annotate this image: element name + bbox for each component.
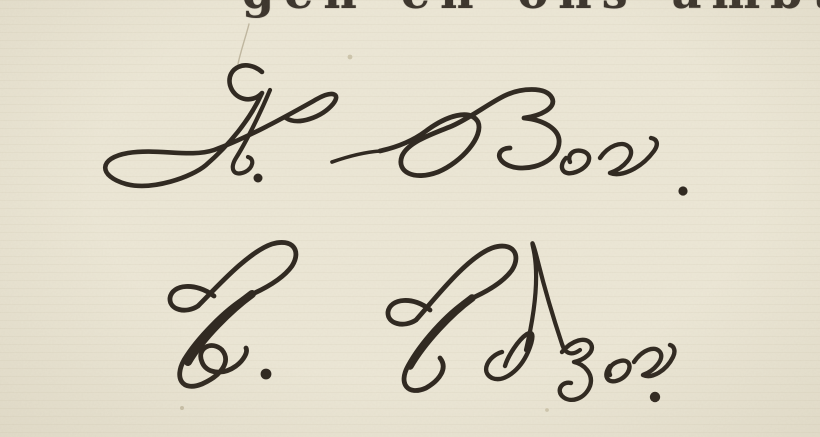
paper-speck: [180, 406, 184, 410]
signature-period: [254, 174, 263, 183]
paper-grain: [0, 0, 820, 437]
paper-speck: [348, 55, 353, 60]
signature-period: [678, 186, 687, 195]
signature-period: [261, 369, 272, 380]
scanned-document-page: gen en ons ambts: [0, 0, 820, 437]
paper-speck: [545, 408, 549, 412]
signature-period: [650, 392, 660, 402]
ink-layer: [0, 0, 820, 437]
